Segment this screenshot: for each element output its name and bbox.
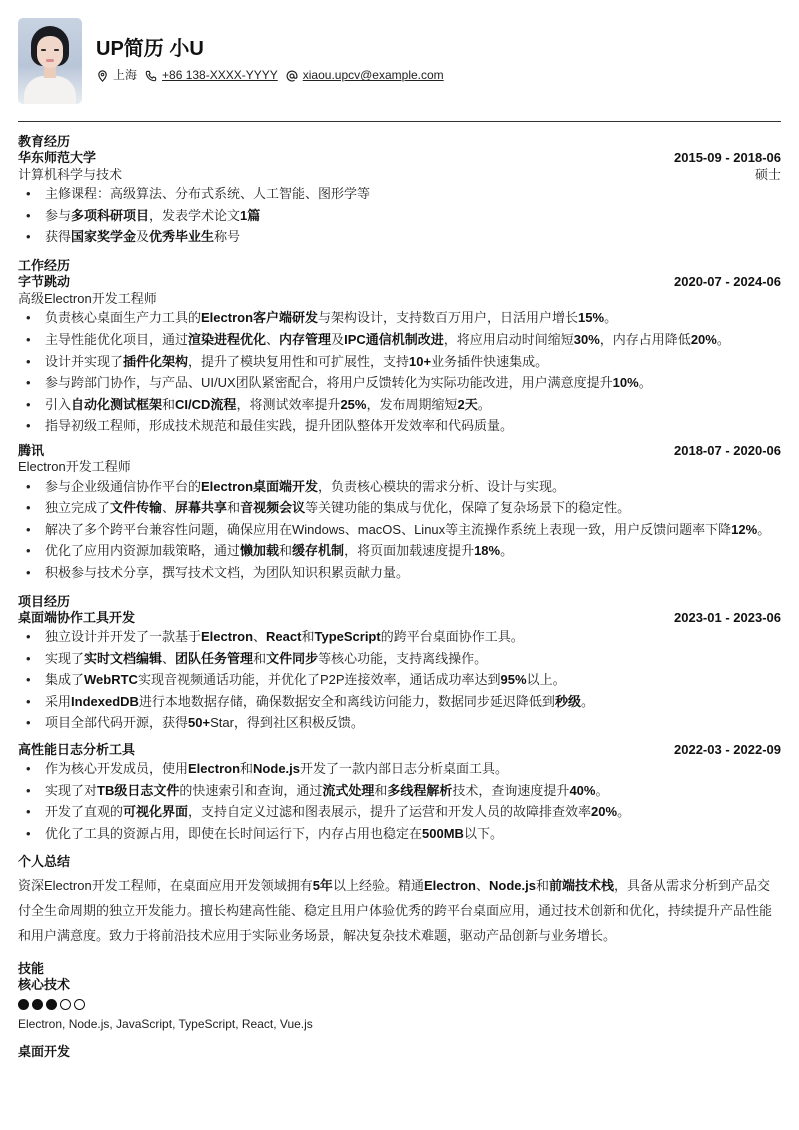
summary-text: 资深Electron开发工程师，在桌面应用开发领域拥有5年以上经验。精通Elec… bbox=[18, 873, 781, 949]
bullet-item: 解决了多个跨平台兼容性问题，确保应用在Windows、macOS、Linux等主… bbox=[18, 521, 781, 539]
section-title: 教育经历 bbox=[18, 134, 781, 150]
bullet-item: 独立设计并开发了一款基于Electron、React和TypeScript的跨平… bbox=[18, 628, 781, 646]
skill-level-rating bbox=[18, 999, 781, 1010]
header-divider bbox=[18, 121, 781, 122]
rating-dot-empty-icon bbox=[60, 999, 71, 1010]
bullet-item: 负责核心桌面生产力工具的Electron客户端研发与架构设计，支持数百万用户，日… bbox=[18, 309, 781, 327]
education-item: 华东师范大学 2015-09 - 2018-06 计算机科学与技术 硕士 主修课… bbox=[18, 150, 781, 246]
bullet-item: 参与跨部门协作，与产品、UI/UX团队紧密配合，将用户反馈转化为实际功能改进，用… bbox=[18, 374, 781, 392]
company-name: 字节跳动 bbox=[18, 274, 70, 290]
section-projects: 项目经历 桌面端协作工具开发 2023-01 - 2023-06 独立设计并开发… bbox=[18, 594, 781, 843]
bullet-item: 积极参与技术分享，撰写技术文档，为团队知识积累贡献力量。 bbox=[18, 564, 781, 582]
bullet-list: 独立设计并开发了一款基于Electron、React和TypeScript的跨平… bbox=[18, 628, 781, 732]
contact-info: 上海 +86 138-XXXX-YYYY xiaou.upcv@example.… bbox=[96, 67, 452, 84]
work-item: 腾讯 2018-07 - 2020-06 Electron开发工程师 参与企业级… bbox=[18, 443, 781, 582]
resume-header: UP简历 小U 上海 +86 138-XXXX-YYYY bbox=[18, 18, 781, 104]
map-pin-icon bbox=[96, 70, 108, 82]
phone[interactable]: +86 138-XXXX-YYYY bbox=[145, 67, 278, 84]
section-title: 项目经历 bbox=[18, 594, 781, 610]
project-name: 桌面端协作工具开发 bbox=[18, 610, 135, 626]
section-title: 个人总结 bbox=[18, 854, 781, 870]
bullet-item: 获得国家奖学金及优秀毕业生称号 bbox=[18, 228, 781, 246]
bullet-item: 引入自动化测试框架和CI/CD流程，将测试效率提升25%，发布周期缩短2天。 bbox=[18, 396, 781, 414]
bullet-item: 优化了工具的资源占用，即使在长时间运行下，内存占用也稳定在500MB以下。 bbox=[18, 825, 781, 843]
bullet-list: 主修课程：高级算法、分布式系统、人工智能、图形学等参与多项科研项目，发表学术论文… bbox=[18, 185, 781, 246]
project-item: 桌面端协作工具开发 2023-01 - 2023-06 独立设计并开发了一款基于… bbox=[18, 610, 781, 732]
at-sign-icon bbox=[286, 70, 298, 82]
bullet-list: 参与企业级通信协作平台的Electron桌面端开发，负责核心模块的需求分析、设计… bbox=[18, 478, 781, 582]
bullet-item: 主导性能优化项目，通过渲染进程优化、内存管理及IPC通信机制改进，将应用启动时间… bbox=[18, 331, 781, 349]
bullet-item: 指导初级工程师，形成技术规范和最佳实践，提升团队整体开发效率和代码质量。 bbox=[18, 417, 781, 435]
school-name: 华东师范大学 bbox=[18, 150, 96, 166]
rating-dot-filled-icon bbox=[46, 999, 57, 1010]
work-item: 字节跳动 2020-07 - 2024-06 高级Electron开发工程师 负… bbox=[18, 274, 781, 434]
candidate-name: UP简历 小U bbox=[96, 37, 452, 61]
major: 计算机科学与技术 bbox=[18, 167, 122, 184]
bullet-list: 作为核心开发成员，使用Electron和Node.js开发了一款内部日志分析桌面… bbox=[18, 760, 781, 842]
date-range: 2018-07 - 2020-06 bbox=[674, 443, 781, 459]
resume-page: UP简历 小U 上海 +86 138-XXXX-YYYY bbox=[0, 0, 799, 1062]
bullet-list: 负责核心桌面生产力工具的Electron客户端研发与架构设计，支持数百万用户，日… bbox=[18, 309, 781, 434]
section-skills: 技能 核心技术 Electron, Node.js, JavaScript, T… bbox=[18, 961, 781, 1063]
bullet-item: 设计并实现了插件化架构，提升了模块复用性和可扩展性，支持10+业务插件快速集成。 bbox=[18, 353, 781, 371]
job-role: 高级Electron开发工程师 bbox=[18, 291, 157, 308]
skill-name: 核心技术 bbox=[18, 977, 781, 993]
section-title: 技能 bbox=[18, 961, 781, 977]
bullet-item: 采用IndexedDB进行本地数据存储，确保数据安全和离线访问能力，数据同步延迟… bbox=[18, 693, 781, 711]
company-name: 腾讯 bbox=[18, 443, 44, 459]
skill-name: 桌面开发 bbox=[18, 1043, 781, 1062]
section-title: 工作经历 bbox=[18, 258, 781, 274]
bullet-item: 主修课程：高级算法、分布式系统、人工智能、图形学等 bbox=[18, 185, 781, 203]
avatar bbox=[18, 18, 82, 104]
bullet-item: 作为核心开发成员，使用Electron和Node.js开发了一款内部日志分析桌面… bbox=[18, 760, 781, 778]
degree: 硕士 bbox=[755, 167, 781, 184]
section-work: 工作经历 字节跳动 2020-07 - 2024-06 高级Electron开发… bbox=[18, 258, 781, 582]
date-range: 2022-03 - 2022-09 bbox=[674, 742, 781, 758]
bullet-item: 优化了应用内资源加载策略，通过懒加载和缓存机制，将页面加载速度提升18%。 bbox=[18, 542, 781, 560]
rating-dot-filled-icon bbox=[18, 999, 29, 1010]
bullet-item: 开发了直观的可视化界面，支持自定义过滤和图表展示，提升了运营和开发人员的故障排查… bbox=[18, 803, 781, 821]
bullet-item: 参与企业级通信协作平台的Electron桌面端开发，负责核心模块的需求分析、设计… bbox=[18, 478, 781, 496]
phone-link[interactable]: +86 138-XXXX-YYYY bbox=[162, 67, 278, 84]
bullet-item: 实现了实时文档编辑、团队任务管理和文件同步等核心功能，支持离线操作。 bbox=[18, 650, 781, 668]
date-range: 2020-07 - 2024-06 bbox=[674, 274, 781, 290]
phone-icon bbox=[145, 70, 157, 82]
bullet-item: 参与多项科研项目，发表学术论文1篇 bbox=[18, 207, 781, 225]
date-range: 2015-09 - 2018-06 bbox=[674, 150, 781, 166]
location-text: 上海 bbox=[113, 67, 137, 84]
skill-description: Electron, Node.js, JavaScript, TypeScrip… bbox=[18, 1016, 781, 1033]
bullet-item: 实现了对TB级日志文件的快速索引和查询，通过流式处理和多线程解析技术，查询速度提… bbox=[18, 782, 781, 800]
section-summary: 个人总结 资深Electron开发工程师，在桌面应用开发领域拥有5年以上经验。精… bbox=[18, 854, 781, 948]
bullet-item: 集成了WebRTC实现音视频通话功能，并优化了P2P连接效率，通话成功率达到95… bbox=[18, 671, 781, 689]
section-education: 教育经历 华东师范大学 2015-09 - 2018-06 计算机科学与技术 硕… bbox=[18, 134, 781, 246]
rating-dot-empty-icon bbox=[74, 999, 85, 1010]
location: 上海 bbox=[96, 67, 137, 84]
email-link[interactable]: xiaou.upcv@example.com bbox=[303, 67, 444, 84]
project-item: 高性能日志分析工具 2022-03 - 2022-09 作为核心开发成员，使用E… bbox=[18, 742, 781, 842]
email[interactable]: xiaou.upcv@example.com bbox=[286, 67, 444, 84]
date-range: 2023-01 - 2023-06 bbox=[674, 610, 781, 626]
bullet-item: 独立完成了文件传输、屏幕共享和音视频会议等关键功能的集成与优化，保障了复杂场景下… bbox=[18, 499, 781, 517]
bullet-item: 项目全部代码开源，获得50+Star，得到社区积极反馈。 bbox=[18, 714, 781, 732]
job-role: Electron开发工程师 bbox=[18, 459, 131, 476]
project-name: 高性能日志分析工具 bbox=[18, 742, 135, 758]
rating-dot-filled-icon bbox=[32, 999, 43, 1010]
